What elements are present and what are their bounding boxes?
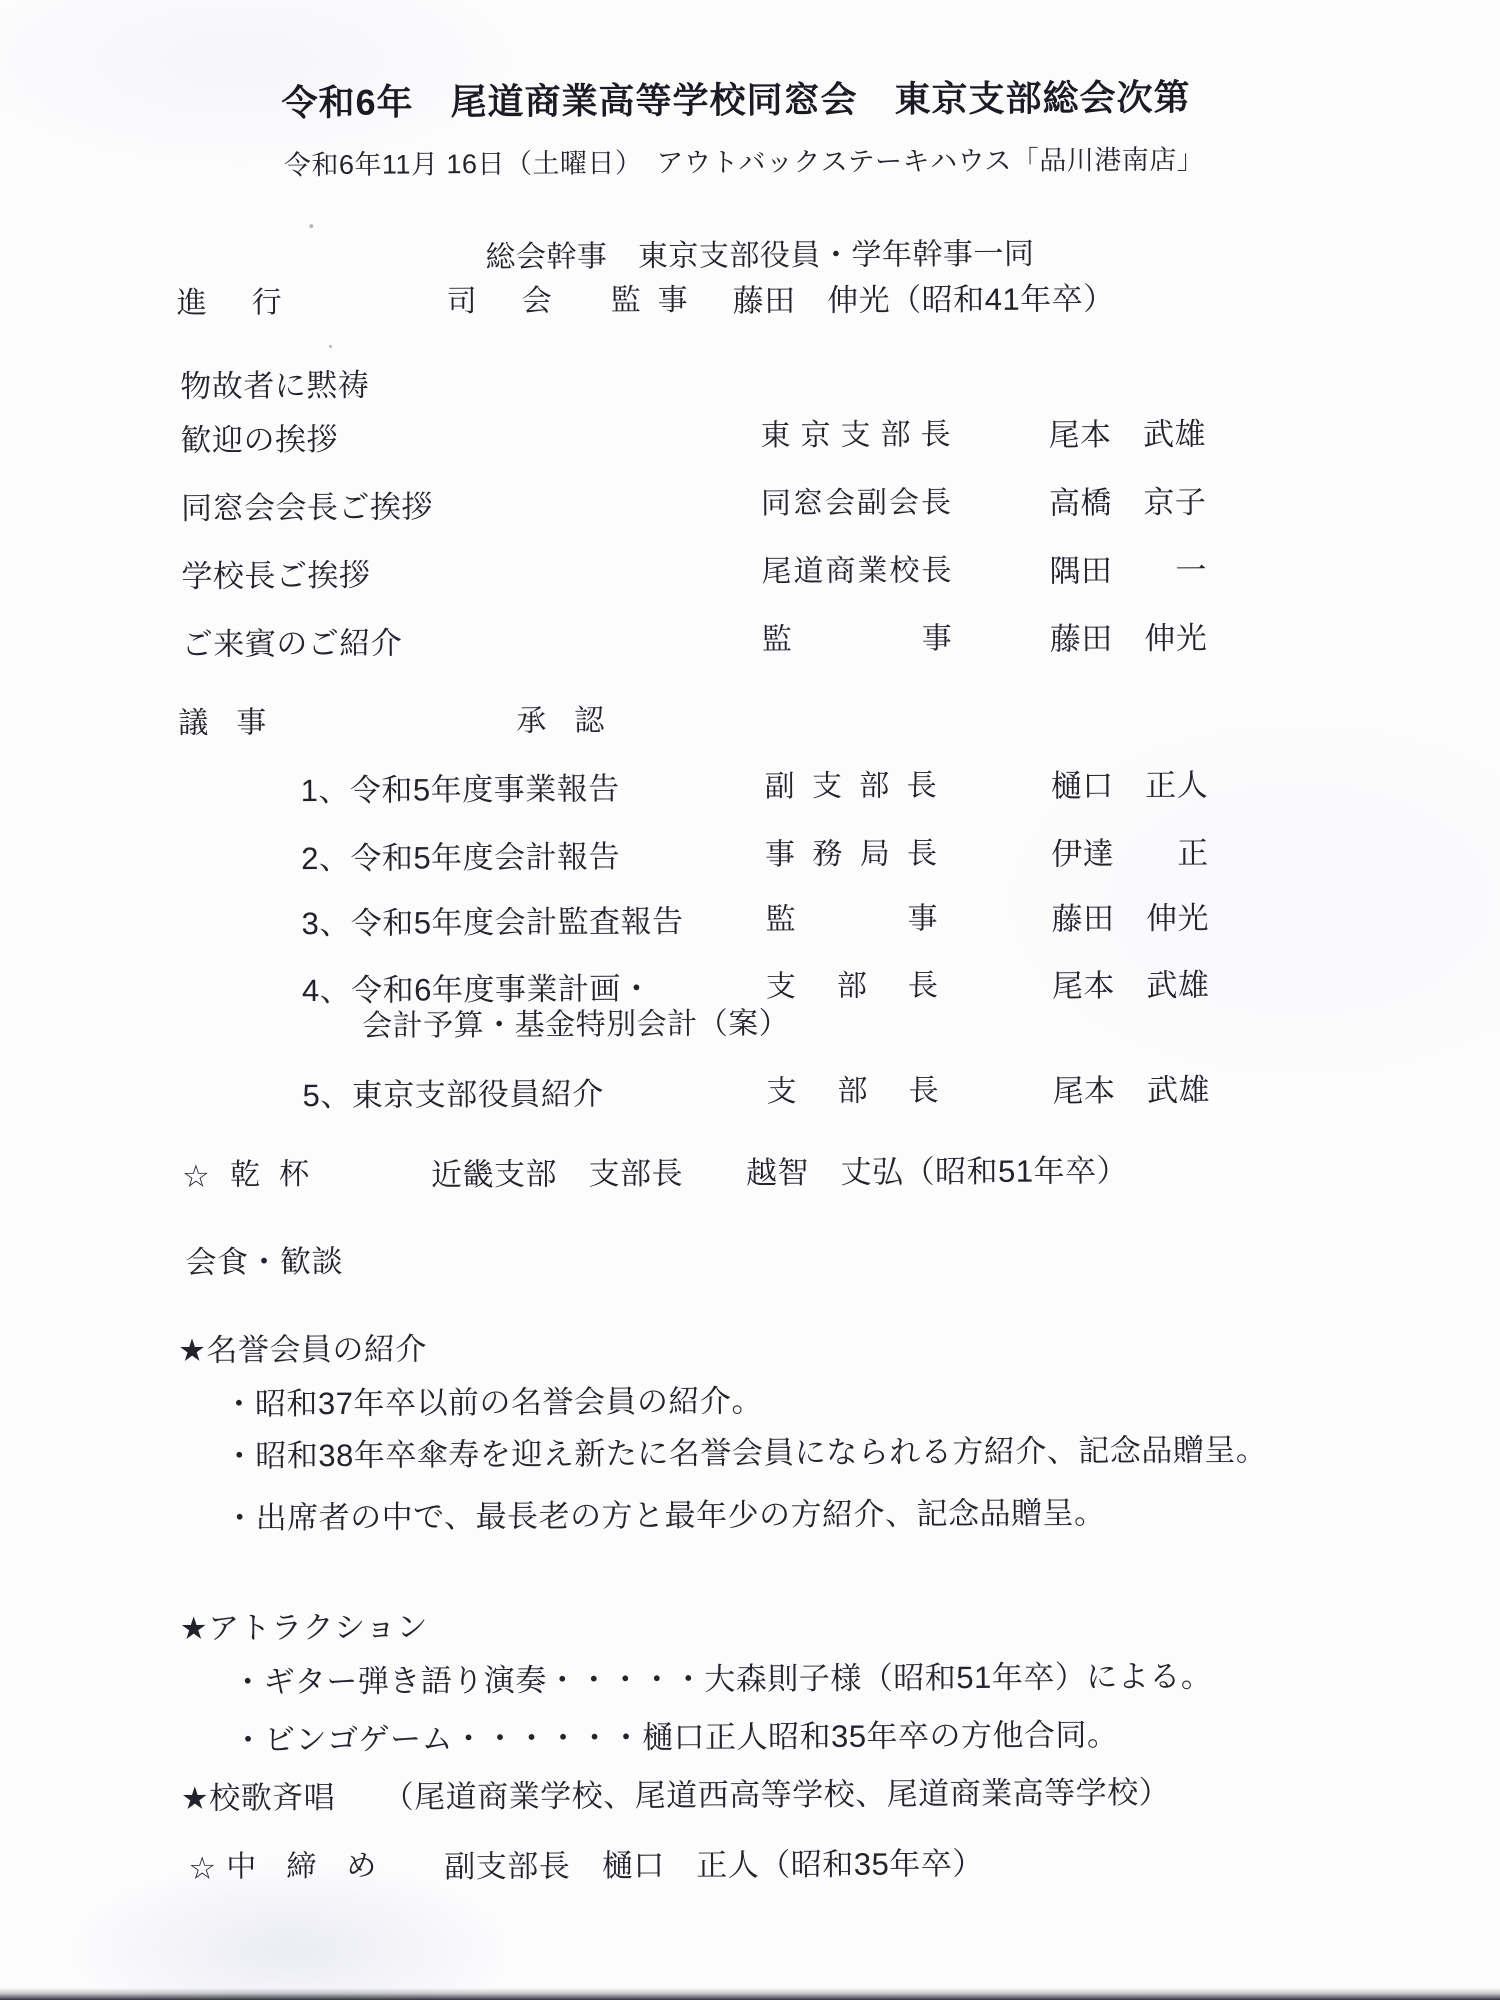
scan-speck <box>309 224 313 228</box>
silent-prayer-line: 物故者に黙祷 <box>180 368 369 405</box>
agenda-item-name: 樋口 正人 <box>1051 768 1209 805</box>
greeting-role: 尾道商業校長 <box>761 554 951 590</box>
open-star-icon: ☆ <box>188 1851 217 1887</box>
greeting-item: 学校長ご挨拶 <box>181 558 370 595</box>
agenda-item-role: 監事 <box>765 902 937 938</box>
honorary-bullet: ・出席者の中で、最長老の方と最年少の方紹介、記念品贈呈。 <box>224 1495 1106 1536</box>
agenda-item-text: 5、東京支部役員紹介 <box>302 1076 603 1113</box>
greeting-role: 東京支部長 <box>760 418 950 454</box>
agenda-item-text: 3、令和5年度会計監査報告 <box>301 904 683 942</box>
agenda-label: 議事 <box>178 706 266 741</box>
honorary-bullet: ・昭和38年卒傘寿を迎え新たに名誉会員になられる方紹介、記念品贈呈。 <box>224 1432 1268 1474</box>
greeting-role: 監事 <box>762 622 952 658</box>
page-content: 令和6年 尾道商業高等学校同窓会 東京支部総会次第 令和6年11月 16日（土曜… <box>0 0 1500 2000</box>
scan-speck <box>329 345 332 348</box>
agenda-item-role: 支部長 <box>766 1074 938 1110</box>
attraction-bullet: ・ギター弾き語り演奏・・・・・大森則子様（昭和51年卒）による。 <box>232 1659 1212 1701</box>
mc-name: 藤田 伸光（昭和41年卒） <box>733 281 1115 319</box>
organizer-line: 総会幹事 東京支部役員・学年幹事一同 <box>485 238 1034 276</box>
honorary-heading: ★名誉会員の紹介 <box>178 1331 427 1368</box>
greeting-name: 尾本 武雄 <box>1048 417 1206 454</box>
closing-label: 中締め <box>226 1850 376 1885</box>
date-venue-line: 令和6年11月 16日（土曜日） アウトバックステーキハウス「品川港南店」 <box>284 145 1205 182</box>
agenda-item-text: 2、令和5年度会計報告 <box>301 839 620 877</box>
mc-role: 監事 <box>611 284 688 319</box>
agenda-item-text-continued: 会計予算・基金特別会計（案） <box>362 1007 789 1044</box>
greeting-name: 隅田 一 <box>1049 553 1207 590</box>
mc-label: 司会 <box>447 285 552 320</box>
agenda-item-name: 藤田 伸光 <box>1051 901 1209 938</box>
agenda-item-text: 4、令和6年度事業計画・ <box>302 971 653 1009</box>
attraction-bullet: ・ビンゴゲーム・・・・・・樋口正人昭和35年卒の方他合同。 <box>232 1717 1118 1758</box>
dinner-line: 会食・歓談 <box>185 1244 343 1281</box>
open-star-icon: ☆ <box>182 1159 211 1195</box>
agenda-item-text: 1、令和5年度事業報告 <box>301 771 620 809</box>
school-song-line: ★校歌斉唱 （尾道商業学校、尾道西高等学校、尾道商業高等学校） <box>181 1775 1170 1817</box>
closing-detail: 副支部長 樋口 正人（昭和35年卒） <box>444 1846 984 1885</box>
agenda-item-role: 支部長 <box>766 969 938 1005</box>
scanned-agenda-page: 令和6年 尾道商業高等学校同窓会 東京支部総会次第 令和6年11月 16日（土曜… <box>0 0 1500 2000</box>
agenda-item-name: 尾本 武雄 <box>1052 968 1210 1005</box>
greeting-name: 高橋 京子 <box>1049 485 1207 522</box>
greeting-name: 藤田 伸光 <box>1050 621 1208 658</box>
proceedings-label: 進行 <box>177 286 282 321</box>
agenda-item-role: 事務局長 <box>765 837 937 873</box>
scan-bottom-edge <box>0 1988 1500 2000</box>
agenda-item-name: 尾本 武雄 <box>1052 1073 1210 1110</box>
agenda-item-role: 副支部長 <box>765 769 937 805</box>
greeting-item: 歓迎の挨拶 <box>180 422 338 459</box>
approval-label: 承認 <box>516 704 604 739</box>
page-title: 令和6年 尾道商業高等学校同窓会 東京支部総会次第 <box>281 77 1190 124</box>
agenda-item-name: 伊達 正 <box>1051 836 1209 873</box>
toast-detail: 近畿支部 支部長 越智 丈弘（昭和51年卒） <box>431 1153 1128 1193</box>
greeting-item: 同窓会会長ご挨拶 <box>181 489 433 526</box>
attraction-heading: ★アトラクション <box>180 1609 428 1646</box>
greeting-role: 同窓会副会長 <box>761 486 951 522</box>
greeting-item: ご来賓のご紹介 <box>182 626 403 663</box>
honorary-bullet: ・昭和37年卒以前の名誉会員の紹介。 <box>223 1383 763 1422</box>
toast-label: 乾杯 <box>230 1158 309 1193</box>
